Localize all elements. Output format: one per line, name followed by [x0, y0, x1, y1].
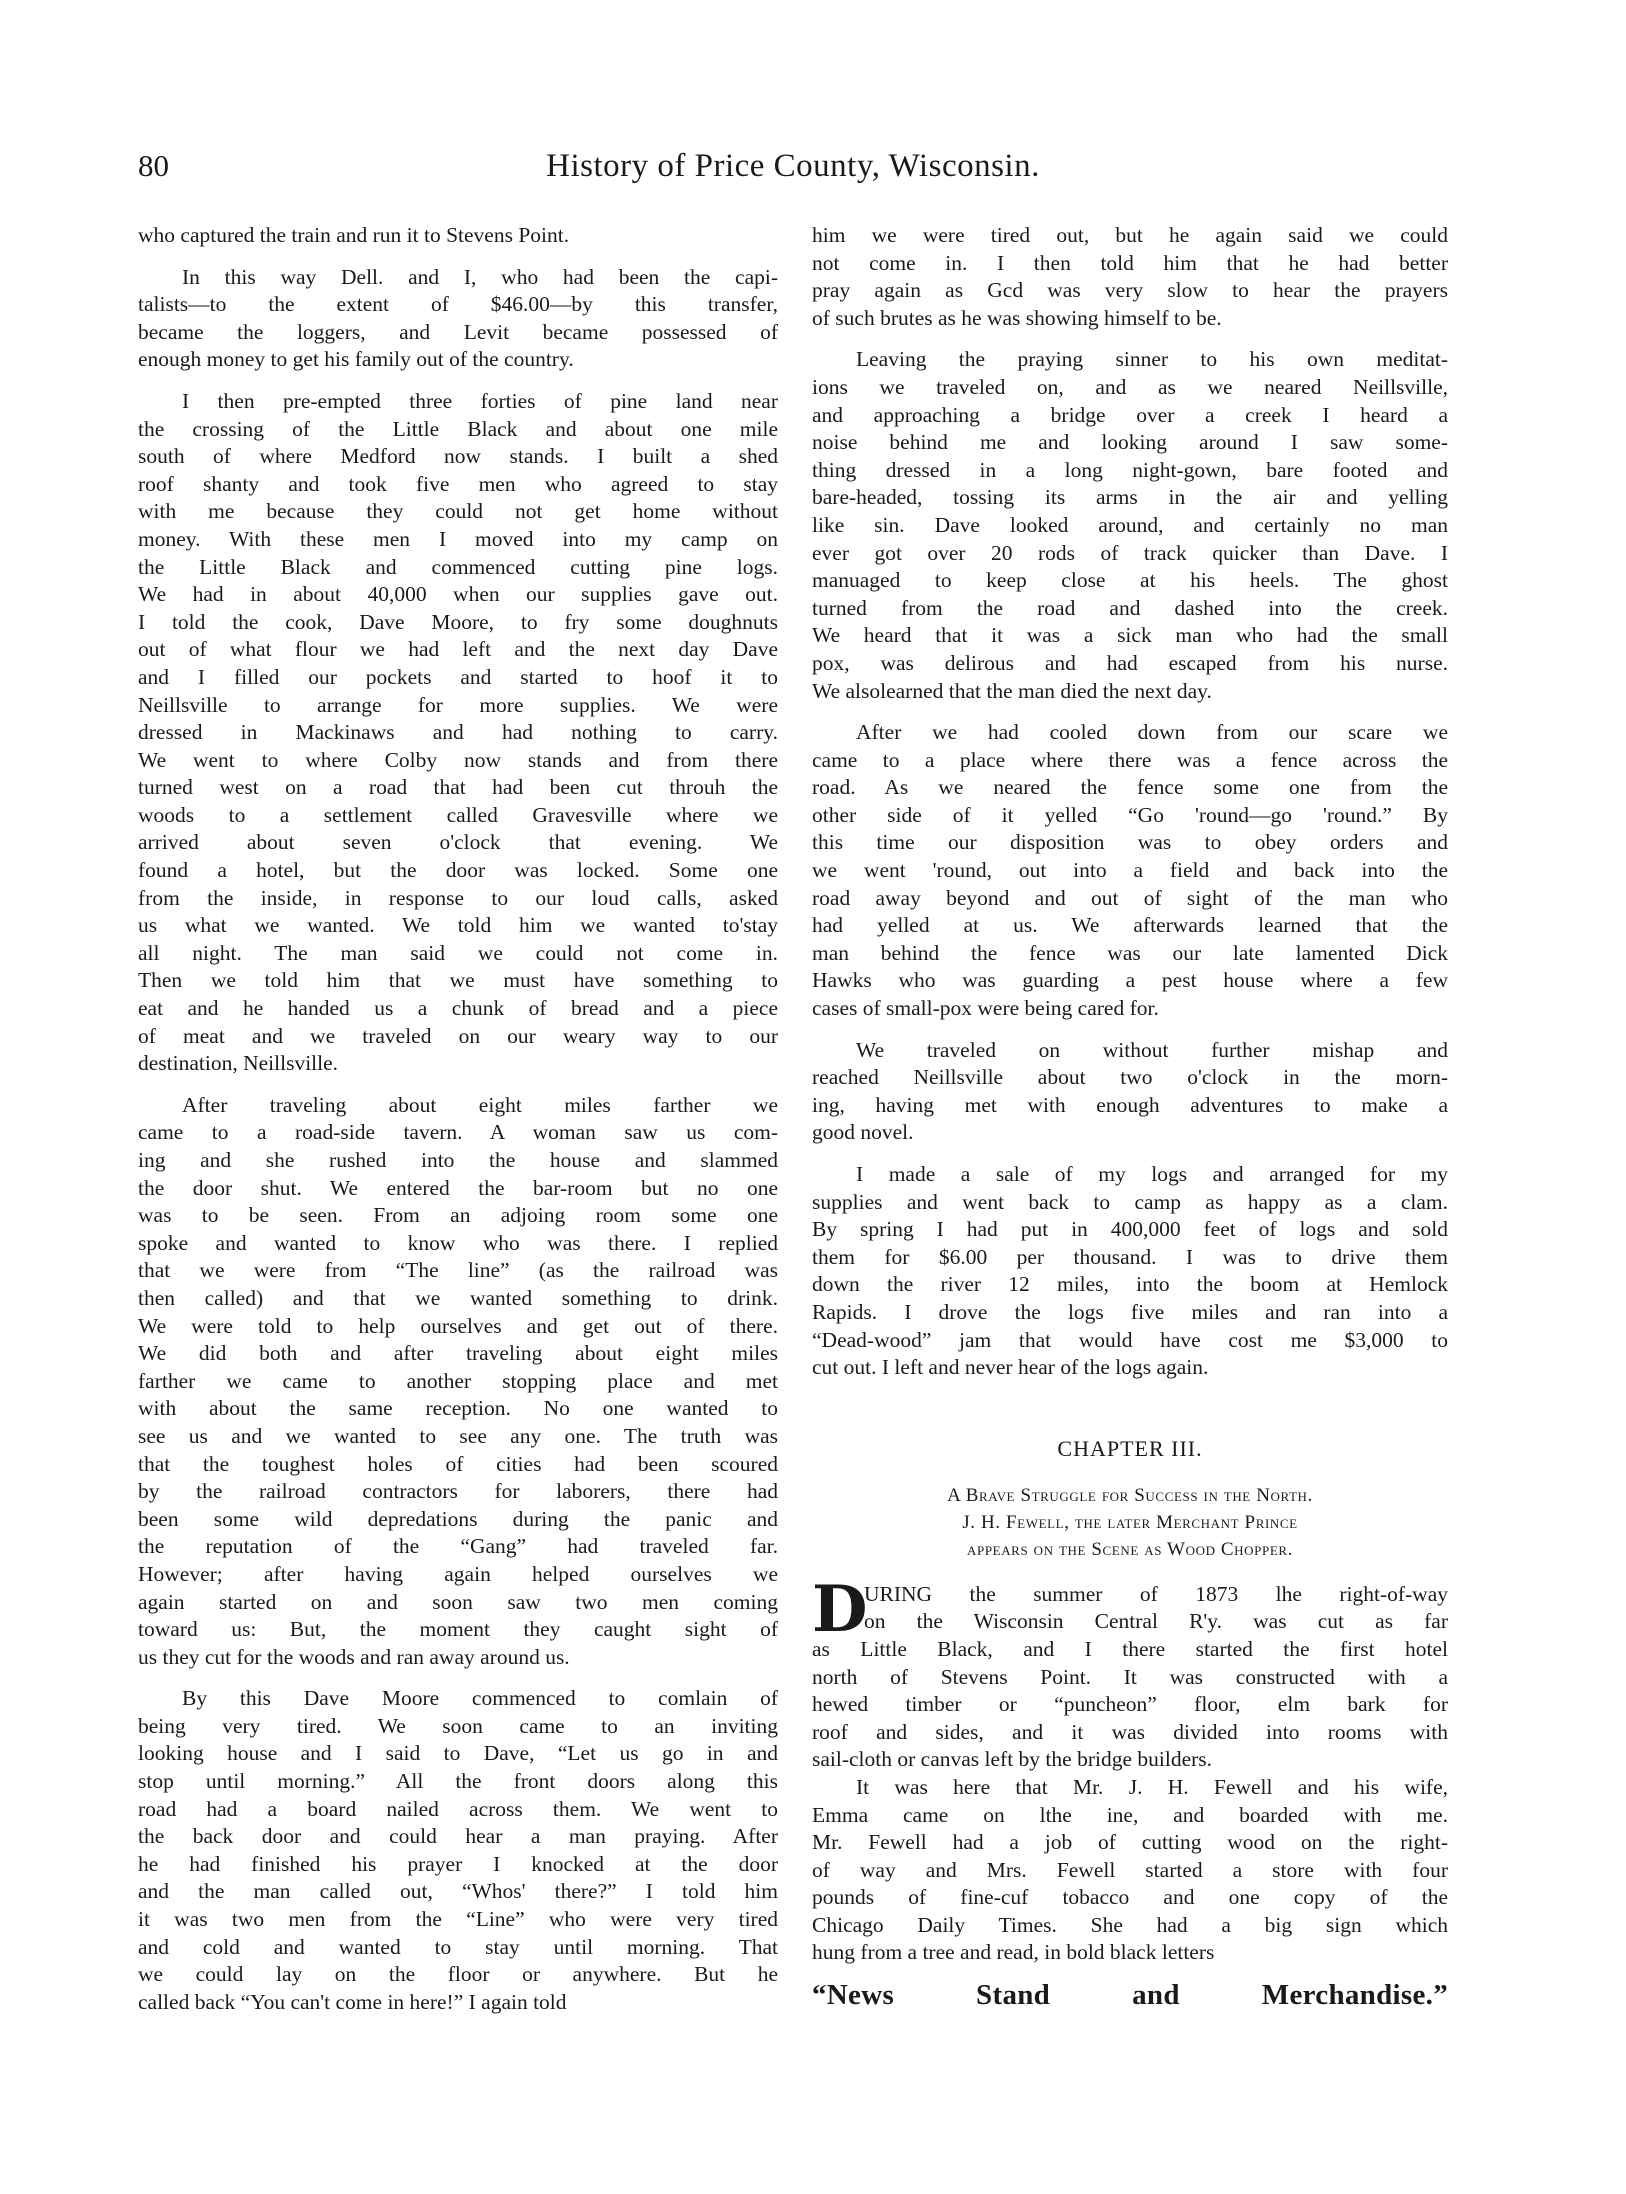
- text-line: then called) and that we wanted somethin…: [138, 1285, 778, 1313]
- text-line: turned west on a road that had been cut …: [138, 774, 778, 802]
- text-line: came to a road-side tavern. A woman saw …: [138, 1119, 778, 1147]
- text-line: and the man called out, “Whos' there?” I…: [138, 1878, 778, 1906]
- text-line: talists—to the extent of $46.00—by this …: [138, 291, 778, 319]
- text-line: supplies and went back to camp as happy …: [812, 1189, 1448, 1217]
- text-line: us what we wanted. We told him we wanted…: [138, 912, 778, 940]
- text-line: reached Neillsville about two o'clock in…: [812, 1064, 1448, 1092]
- text-line: pray again as Gcd was very slow to hear …: [812, 277, 1448, 305]
- text-line: Leaving the praying sinner to his own me…: [812, 346, 1448, 374]
- text-line: with me because they could not get home …: [138, 498, 778, 526]
- text-line: Emma came on lthe ine, and boarded with …: [812, 1802, 1448, 1830]
- text-line: I told the cook, Dave Moore, to fry some…: [138, 609, 778, 637]
- text-line: called back “You can't come in here!” I …: [138, 1989, 778, 2017]
- text-line: After we had cooled down from our scare …: [812, 719, 1448, 747]
- text-line: thing dressed in a long night-gown, bare…: [812, 457, 1448, 485]
- text-line: pox, was delirous and had escaped from h…: [812, 650, 1448, 678]
- text-line: toward us: But, the moment they caught s…: [138, 1616, 778, 1644]
- text-line: we went 'round, out into a field and bac…: [812, 857, 1448, 885]
- text-line: manuaged to keep close at his heels. The…: [812, 567, 1448, 595]
- text-line: We traveled on without further mishap an…: [812, 1037, 1448, 1065]
- text-line: ions we traveled on, and as we neared Ne…: [812, 374, 1448, 402]
- text-line: and cold and wanted to stay until mornin…: [138, 1934, 778, 1962]
- right-column: him we were tired out, but he again said…: [812, 222, 1448, 2015]
- page-header: 80 History of Price County, Wisconsin.: [138, 148, 1448, 192]
- text-line: good novel.: [812, 1119, 1448, 1147]
- text-line: he had finished his prayer I knocked at …: [138, 1851, 778, 1879]
- left-column: who captured the train and run it to Ste…: [138, 222, 778, 2016]
- text-line: road had a board nailed across them. We …: [138, 1796, 778, 1824]
- text-line: with about the same reception. No one wa…: [138, 1395, 778, 1423]
- text-line: like sin. Dave looked around, and certai…: [812, 512, 1448, 540]
- text-line: It was here that Mr. J. H. Fewell and hi…: [812, 1774, 1448, 1802]
- paragraph: By this Dave Moore commenced to comlain …: [138, 1685, 778, 2016]
- text-line: this time our disposition was to obey or…: [812, 829, 1448, 857]
- text-line: we could lay on the floor or anywhere. B…: [138, 1961, 778, 1989]
- text-line: see us and we wanted to see any one. The…: [138, 1423, 778, 1451]
- text-line: We heard that it was a sick man who had …: [812, 622, 1448, 650]
- text-line: ever got over 20 rods of track quicker t…: [812, 540, 1448, 568]
- text-line: looking house and I said to Dave, “Let u…: [138, 1740, 778, 1768]
- text-line: them for $6.00 per thousand. I was to dr…: [812, 1244, 1448, 1272]
- text-line: us they cut for the woods and ran away a…: [138, 1644, 778, 1672]
- text-line: Chicago Daily Times. She had a big sign …: [812, 1912, 1448, 1940]
- text-line: ing and she rushed into the house and sl…: [138, 1147, 778, 1175]
- subheading-line: appears on the Scene as Wood Chopper.: [812, 1536, 1448, 1563]
- paragraph: After we had cooled down from our scare …: [812, 719, 1448, 1023]
- text-line: and I filled our pockets and started to …: [138, 664, 778, 692]
- text-line: that we were from “The line” (as the rai…: [138, 1257, 778, 1285]
- text-line: stop until morning.” All the front doors…: [138, 1768, 778, 1796]
- text-line: came to a place where there was a fence …: [812, 747, 1448, 775]
- text-line: was to be seen. From an adjoing room som…: [138, 1202, 778, 1230]
- text-line: of meat and we traveled on our weary way…: [138, 1023, 778, 1051]
- text-line: again started on and soon saw two men co…: [138, 1589, 778, 1617]
- text-line: the reputation of the “Gang” had travele…: [138, 1533, 778, 1561]
- paragraph: him we were tired out, but he again said…: [812, 222, 1448, 332]
- text-line: “Dead-wood” jam that would have cost me …: [812, 1327, 1448, 1355]
- text-line: down the river 12 miles, into the boom a…: [812, 1271, 1448, 1299]
- text-line: cut out. I left and never hear of the lo…: [812, 1354, 1448, 1382]
- text-line: from the inside, in response to our loud…: [138, 885, 778, 913]
- chapter-opening-paragraph: DURING the summer of 1873 lhe right-of-w…: [812, 1581, 1448, 1774]
- subheading-line: J. H. Fewell, the later Merchant Prince: [812, 1509, 1448, 1536]
- text-line: Then we told him that we must have somet…: [138, 967, 778, 995]
- sign-text: “News Stand and Merchandise.”: [812, 1975, 1448, 2015]
- text-line: became the loggers, and Levit became pos…: [138, 319, 778, 347]
- text-line: the back door and could hear a man prayi…: [138, 1823, 778, 1851]
- paragraph: Leaving the praying sinner to his own me…: [812, 346, 1448, 705]
- text-line: Mr. Fewell had a job of cutting wood on …: [812, 1829, 1448, 1857]
- text-line: him we were tired out, but he again said…: [812, 222, 1448, 250]
- text-line: URING the summer of 1873 lhe right-of-wa…: [812, 1581, 1448, 1609]
- text-line: Hawks who was guarding a pest house wher…: [812, 967, 1448, 995]
- running-title: History of Price County, Wisconsin.: [138, 148, 1448, 185]
- text-line: other side of it yelled “Go 'round—go 'r…: [812, 802, 1448, 830]
- text-line: ing, having met with enough adventures t…: [812, 1092, 1448, 1120]
- text-line: not come in. I then told him that he had…: [812, 250, 1448, 278]
- paragraph: It was here that Mr. J. H. Fewell and hi…: [812, 1774, 1448, 1967]
- text-line: pounds of fine-cuf tobacco and one copy …: [812, 1884, 1448, 1912]
- text-line: out of what flour we had left and the ne…: [138, 636, 778, 664]
- chapter-title: CHAPTER III.: [812, 1434, 1448, 1464]
- text-line: on the Wisconsin Central R'y. was cut as…: [812, 1608, 1448, 1636]
- text-line: In this way Dell. and I, who had been th…: [138, 264, 778, 292]
- paragraph: After traveling about eight miles farthe…: [138, 1092, 778, 1671]
- text-line: We had in about 40,000 when our supplies…: [138, 581, 778, 609]
- text-line: found a hotel, but the door was locked. …: [138, 857, 778, 885]
- text-line: the door shut. We entered the bar-room b…: [138, 1175, 778, 1203]
- text-line: who captured the train and run it to Ste…: [138, 222, 778, 250]
- text-line: north of Stevens Point. It was construct…: [812, 1664, 1448, 1692]
- text-line: By this Dave Moore commenced to comlain …: [138, 1685, 778, 1713]
- text-line: We alsolearned that the man died the nex…: [812, 678, 1448, 706]
- text-line: road. As we neared the fence some one fr…: [812, 774, 1448, 802]
- text-line: the crossing of the Little Black and abo…: [138, 416, 778, 444]
- text-line: south of where Medford now stands. I bui…: [138, 443, 778, 471]
- text-line: enough money to get his family out of th…: [138, 346, 778, 374]
- text-line: roof and sides, and it was divided into …: [812, 1719, 1448, 1747]
- text-line: noise behind me and looking around I saw…: [812, 429, 1448, 457]
- paragraph: I then pre-empted three forties of pine …: [138, 388, 778, 1078]
- text-line: I then pre-empted three forties of pine …: [138, 388, 778, 416]
- text-line: cases of small-pox were being cared for.: [812, 995, 1448, 1023]
- text-line: sail-cloth or canvas left by the bridge …: [812, 1746, 1448, 1774]
- text-line: of such brutes as he was showing himself…: [812, 305, 1448, 333]
- text-line: hung from a tree and read, in bold black…: [812, 1939, 1448, 1967]
- text-line: We were told to help ourselves and get o…: [138, 1313, 778, 1341]
- text-line: road away beyond and out of sight of the…: [812, 885, 1448, 913]
- text-line: and approaching a bridge over a creek I …: [812, 402, 1448, 430]
- paragraph: I made a sale of my logs and arranged fo…: [812, 1161, 1448, 1382]
- text-line: woods to a settlement called Gravesville…: [138, 802, 778, 830]
- text-line: Rapids. I drove the logs five miles and …: [812, 1299, 1448, 1327]
- text-line: dressed in Mackinaws and had nothing to …: [138, 719, 778, 747]
- paragraph: We traveled on without further mishap an…: [812, 1037, 1448, 1147]
- text-line: Neillsville to arrange for more supplies…: [138, 692, 778, 720]
- text-line: However; after having again helped ourse…: [138, 1561, 778, 1589]
- chapter-subheading: A Brave Struggle for Success in the Nort…: [812, 1482, 1448, 1563]
- text-line: destination, Neillsville.: [138, 1050, 778, 1078]
- text-line: had yelled at us. We afterwards learned …: [812, 912, 1448, 940]
- text-line: I made a sale of my logs and arranged fo…: [812, 1161, 1448, 1189]
- text-line: as Little Black, and I there started the…: [812, 1636, 1448, 1664]
- text-line: eat and he handed us a chunk of bread an…: [138, 995, 778, 1023]
- text-line: After traveling about eight miles farthe…: [138, 1092, 778, 1120]
- text-line: money. With these men I moved into my ca…: [138, 526, 778, 554]
- text-line: that the toughest holes of cities had be…: [138, 1451, 778, 1479]
- text-line: By spring I had put in 400,000 feet of l…: [812, 1216, 1448, 1244]
- text-line: hewed timber or “puncheon” floor, elm ba…: [812, 1691, 1448, 1719]
- text-line: We did both and after traveling about ei…: [138, 1340, 778, 1368]
- text-line: bare-headed, tossing its arms in the air…: [812, 484, 1448, 512]
- text-line: by the railroad contractors for laborers…: [138, 1478, 778, 1506]
- text-line: it was two men from the “Line” who were …: [138, 1906, 778, 1934]
- drop-cap: D: [812, 1584, 868, 1636]
- paragraph: who captured the train and run it to Ste…: [138, 222, 778, 250]
- text-line: been some wild depredations during the p…: [138, 1506, 778, 1534]
- paragraph: In this way Dell. and I, who had been th…: [138, 264, 778, 374]
- text-line: man behind the fence was our late lament…: [812, 940, 1448, 968]
- text-line: of way and Mrs. Fewell started a store w…: [812, 1857, 1448, 1885]
- text-line: turned from the road and dashed into the…: [812, 595, 1448, 623]
- text-line: roof shanty and took five men who agreed…: [138, 471, 778, 499]
- subheading-line: A Brave Struggle for Success in the Nort…: [812, 1482, 1448, 1509]
- text-line: all night. The man said we could not com…: [138, 940, 778, 968]
- text-line: the Little Black and commenced cutting p…: [138, 554, 778, 582]
- text-line: We went to where Colby now stands and fr…: [138, 747, 778, 775]
- text-line: spoke and wanted to know who was there. …: [138, 1230, 778, 1258]
- text-line: being very tired. We soon came to an inv…: [138, 1713, 778, 1741]
- text-line: farther we came to another stopping plac…: [138, 1368, 778, 1396]
- text-line: arrived about seven o'clock that evening…: [138, 829, 778, 857]
